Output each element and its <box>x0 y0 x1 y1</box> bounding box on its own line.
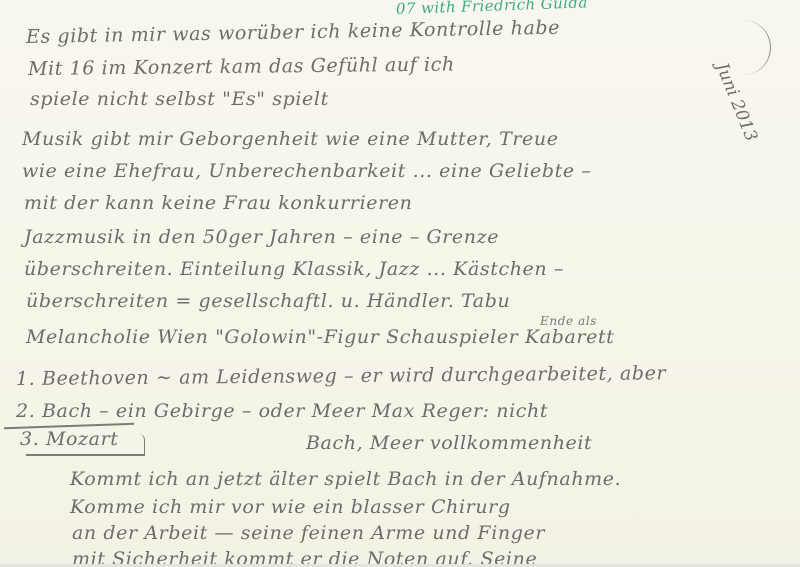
text-line-6: mit der kann keine Frau konkurrieren <box>24 192 412 214</box>
list-sub-note: Bach, Meer vollkommenheit <box>306 432 592 454</box>
text-line-4: Musik gibt mir Geborgenheit wie eine Mut… <box>22 128 559 150</box>
mozart-box-right <box>138 434 145 456</box>
mozart-underline-bracket <box>24 440 144 454</box>
list-item-2: 2. Bach – ein Gebirge – oder Meer Max Re… <box>16 400 548 422</box>
text-line-1: Es gibt in mir was worüber ich keine Kon… <box>26 17 560 48</box>
text-line-3: spiele nicht selbst "Es" spielt <box>30 88 329 110</box>
text-line-10: Melancholie Wien "Golowin"-Figur Schausp… <box>26 326 614 348</box>
green-annotation: 07 with Friedrich Gulda <box>396 0 588 18</box>
text-line-9: überschreiten = gesellschaftl. u. Händle… <box>26 290 510 312</box>
text-line-8: überschreiten. Einteilung Klassik, Jazz … <box>24 258 564 280</box>
text-line-5: wie eine Ehefrau, Unberechenbarkeit ... … <box>22 160 591 182</box>
text-line-2: Mit 16 im Konzert kam das Gefühl auf ich <box>28 54 455 80</box>
handwritten-note-page: 07 with Friedrich Gulda Es gibt in mir w… <box>0 0 800 567</box>
mozart-underline <box>26 454 144 456</box>
text-line-7: Jazzmusik in den 50ger Jahren – eine – G… <box>24 226 499 248</box>
closing-line-3: an der Arbeit — seine feinen Arme und Fi… <box>72 522 545 544</box>
list-item-1: 1. Beethoven ~ am Leidensweg – er wird d… <box>16 362 666 390</box>
closing-line-2: Komme ich mir vor wie ein blasser Chirur… <box>70 496 511 518</box>
closing-line-1: Kommt ich an jetzt älter spielt Bach in … <box>70 468 621 490</box>
